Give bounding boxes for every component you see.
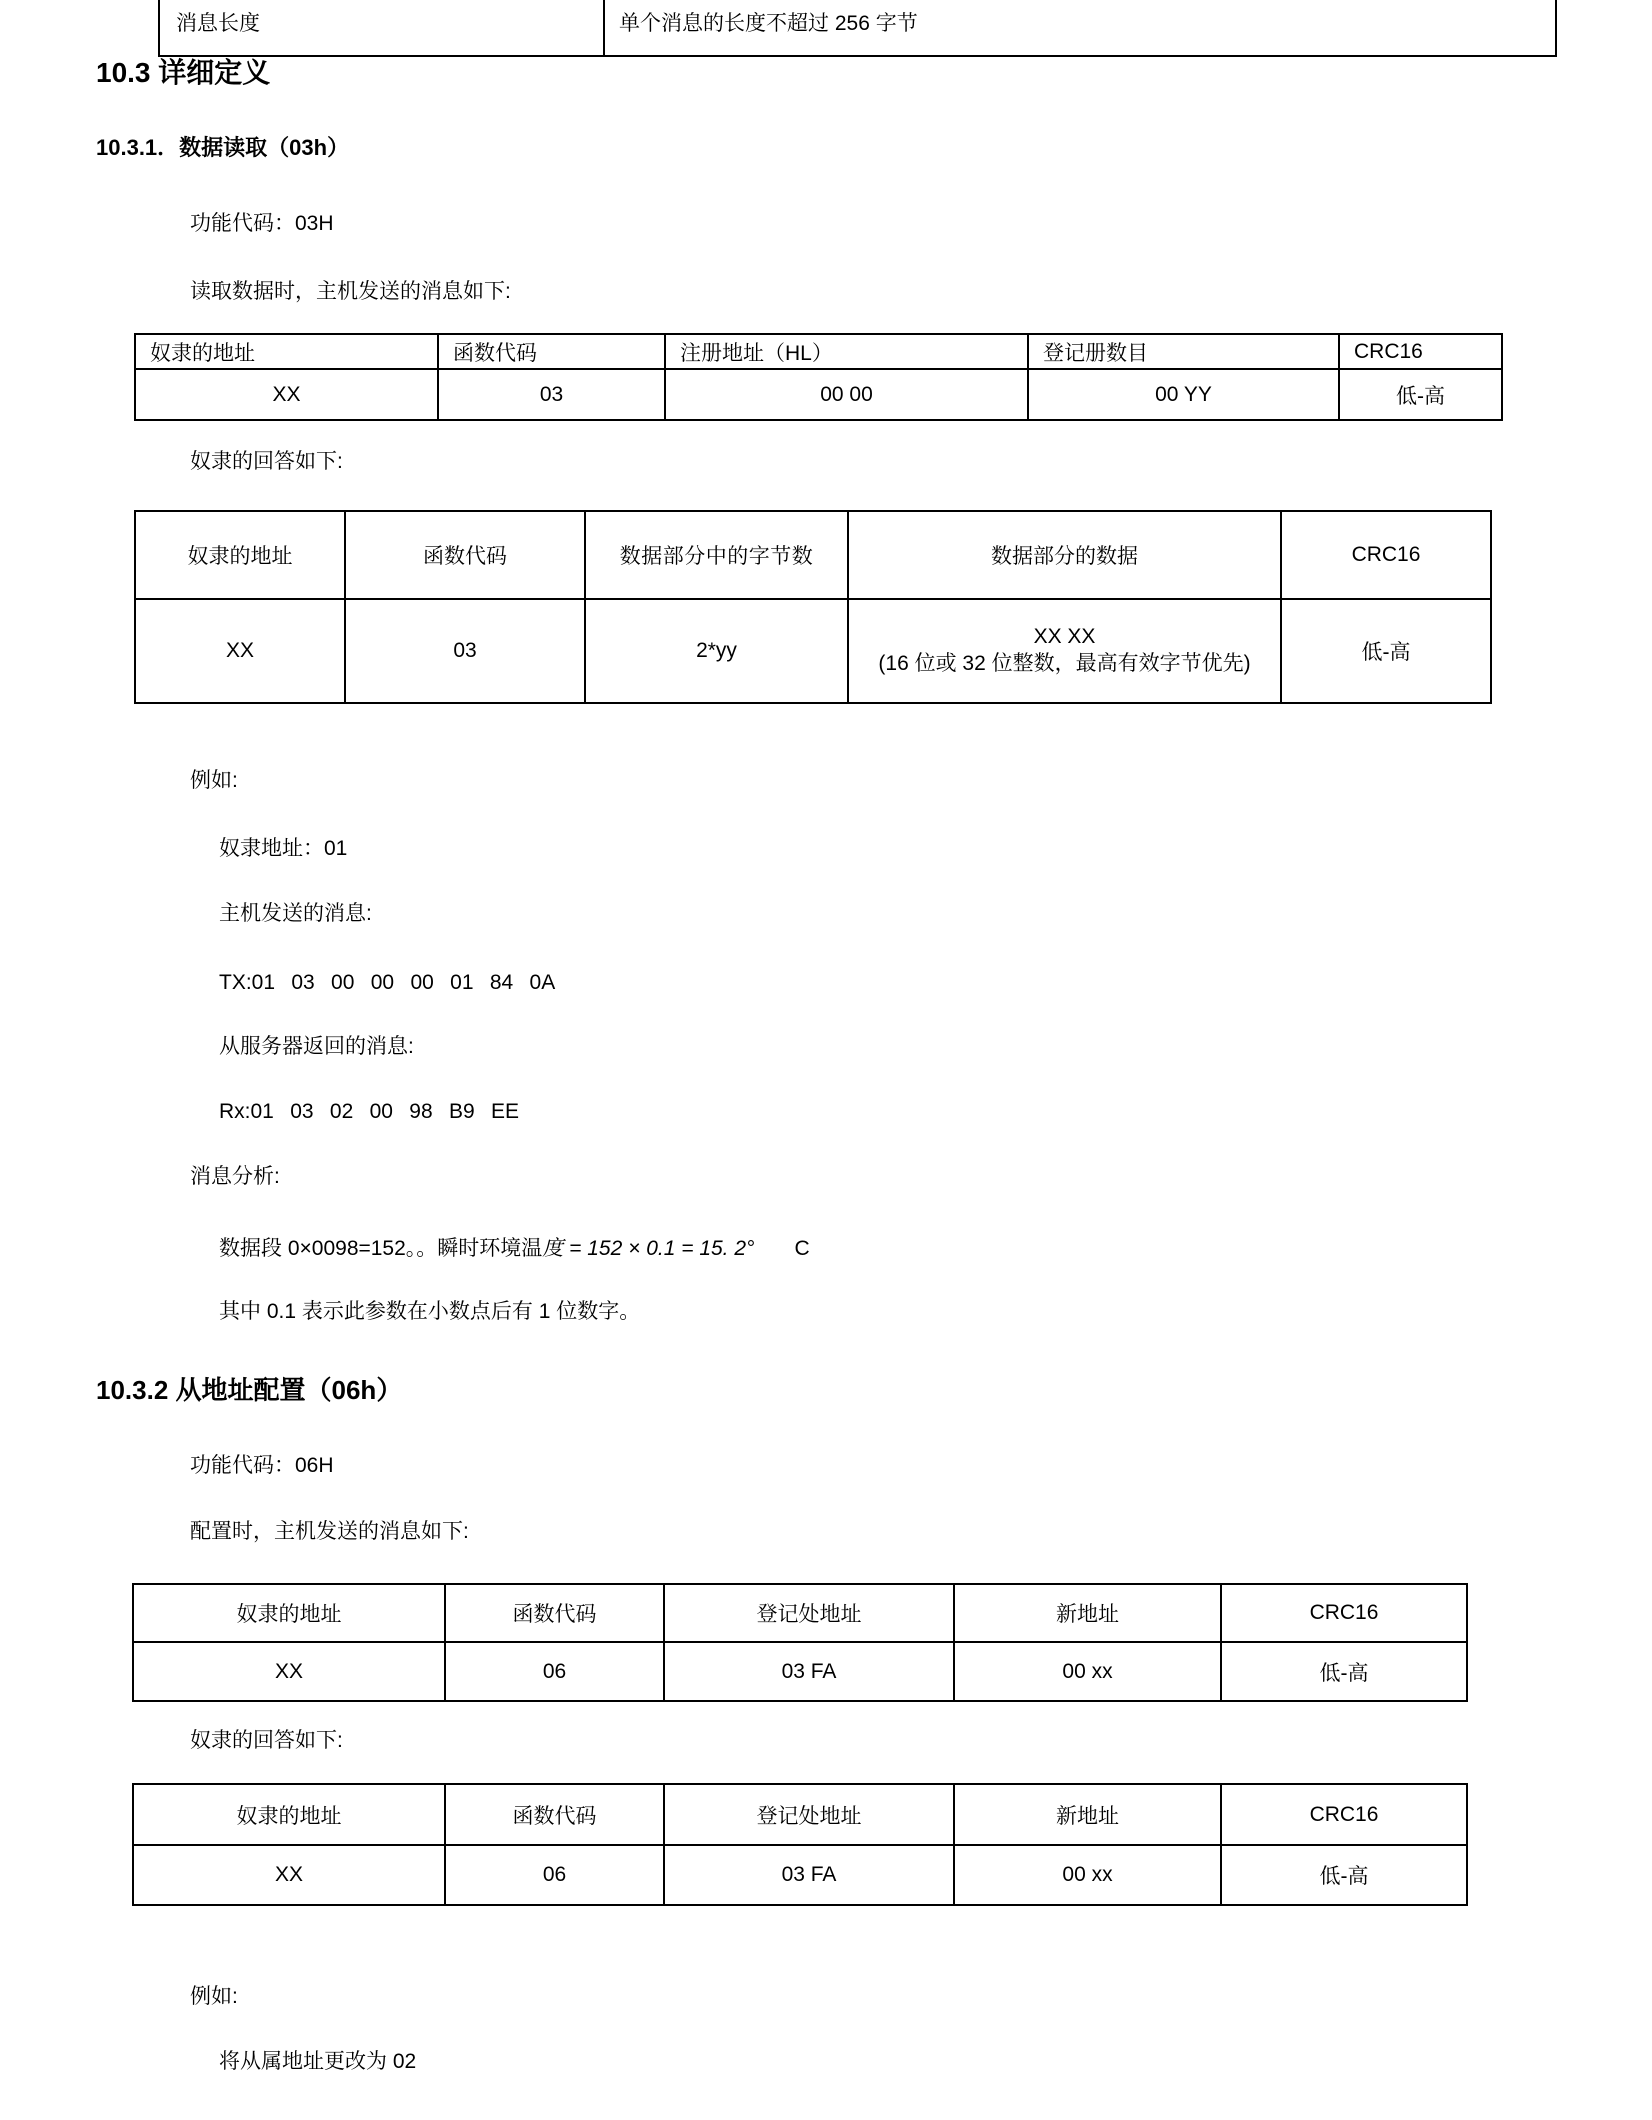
document-page: 消息长度 单个消息的长度不超过 256 字节 10.3 详细定义 10.3.1．… [0,0,1652,2120]
table-header-function-code: 函数代码 [445,1584,664,1642]
data-part-note: (16 位或 32 位整数，最高有效字节优先) [849,649,1280,678]
server-reply-label: 从服务器返回的消息: [219,1034,414,1060]
analysis-label: 消息分析: [190,1164,280,1190]
function-code-03h: 功能代码：03H [190,211,334,237]
table-cell-new-address: 00 xx [954,1642,1221,1701]
table-header-crc16: CRC16 [1339,334,1502,369]
example-change-address: 将从属地址更改为 02 [219,2049,416,2075]
table-header-register-address: 登记处地址 [664,1784,954,1845]
table-header-crc16: CRC16 [1281,511,1491,599]
analysis-line-1: 数据段 0×0098=152。。瞬时环境温度 = 152 × 0.1 = 15.… [219,1236,810,1262]
message-length-label: 消息长度 [160,0,603,55]
analysis-line-1-normal: 数据段 0×0098=152。。瞬时环境温 [219,1237,542,1260]
table-header-function-code: 函数代码 [438,334,665,369]
table-cell-byte-count: 2*yy [585,599,848,703]
reply-table-06h: 奴隶的地址 函数代码 登记处地址 新地址 CRC16 XX 06 03 FA 0… [132,1783,1468,1906]
table-cell-new-address: 00 xx [954,1845,1221,1905]
table-header-register-address: 登记处地址 [664,1584,954,1642]
table-cell-crc16: 低-高 [1339,369,1502,420]
analysis-line-2: 其中 0.1 表示此参数在小数点后有 1 位数字。 [219,1299,640,1325]
request-table-06h: 奴隶的地址 函数代码 登记处地址 新地址 CRC16 XX 06 03 FA 0… [132,1583,1468,1702]
host-message-label: 主机发送的消息: [219,901,372,927]
table-header-slave-address: 奴隶的地址 [135,511,345,599]
analysis-line-1-italic: 度 = 152 × 0.1 = 15. 2° [542,1237,754,1260]
example-label-06h: 例如: [190,1984,238,2010]
table-header-function-code: 函数代码 [445,1784,664,1845]
function-code-06h: 功能代码：06H [190,1453,334,1479]
reply-table-03h: 奴隶的地址 函数代码 数据部分中的字节数 数据部分的数据 CRC16 XX 03… [134,510,1492,704]
table-cell-register-address: 03 FA [664,1642,954,1701]
table-header-register-address: 注册地址（HL） [665,334,1028,369]
table-cell-register-count: 00 YY [1028,369,1339,420]
table-header-slave-address: 奴隶的地址 [135,334,438,369]
table-cell-crc16: 低-高 [1221,1845,1467,1905]
table-cell-slave-address: XX [133,1845,445,1905]
table-cell-function-code: 03 [438,369,665,420]
rx-message: Rx:01 03 02 00 98 B9 EE [219,1099,519,1125]
analysis-line-1-unit: C [794,1237,809,1260]
table-cell-crc16: 低-高 [1281,599,1491,703]
table-header-byte-count: 数据部分中的字节数 [585,511,848,599]
table-cell-data-part: XX XX (16 位或 32 位整数，最高有效字节优先) [848,599,1281,703]
message-length-value: 单个消息的长度不超过 256 字节 [603,0,1555,55]
table-header-new-address: 新地址 [954,1584,1221,1642]
request-intro-03h: 读取数据时，主机发送的消息如下: [190,279,511,305]
table-header-slave-address: 奴隶的地址 [133,1584,445,1642]
table-header-function-code: 函数代码 [345,511,585,599]
table-header-new-address: 新地址 [954,1784,1221,1845]
section-heading-10-3-1: 10.3.1．数据读取（03h） [96,134,349,162]
message-length-table: 消息长度 单个消息的长度不超过 256 字节 [158,0,1557,57]
reply-intro-06h: 奴隶的回答如下: [190,1728,343,1754]
table-cell-function-code: 06 [445,1642,664,1701]
table-cell-crc16: 低-高 [1221,1642,1467,1701]
reply-intro-03h: 奴隶的回答如下: [190,449,343,475]
request-table-03h: 奴隶的地址 函数代码 注册地址（HL） 登记册数目 CRC16 XX 03 00… [134,333,1503,421]
table-cell-slave-address: XX [135,369,438,420]
tx-message: TX:01 03 00 00 00 01 84 0A [219,970,555,996]
section-heading-10-3: 10.3 详细定义 [96,56,270,90]
table-cell-slave-address: XX [135,599,345,703]
table-cell-register-address: 03 FA [664,1845,954,1905]
table-cell-slave-address: XX [133,1642,445,1701]
table-header-data-part: 数据部分的数据 [848,511,1281,599]
example-slave-address: 奴隶地址：01 [219,836,347,862]
table-header-slave-address: 奴隶的地址 [133,1784,445,1845]
table-cell-function-code: 06 [445,1845,664,1905]
table-cell-register-address: 00 00 [665,369,1028,420]
request-intro-06h: 配置时，主机发送的消息如下: [190,1519,469,1545]
table-cell-function-code: 03 [345,599,585,703]
table-header-register-count: 登记册数目 [1028,334,1339,369]
table-header-crc16: CRC16 [1221,1584,1467,1642]
section-heading-10-3-2: 10.3.2 从地址配置（06h） [96,1374,402,1406]
data-part-value: XX XX [849,625,1280,649]
table-header-crc16: CRC16 [1221,1784,1467,1845]
example-label-03h: 例如: [190,768,238,794]
